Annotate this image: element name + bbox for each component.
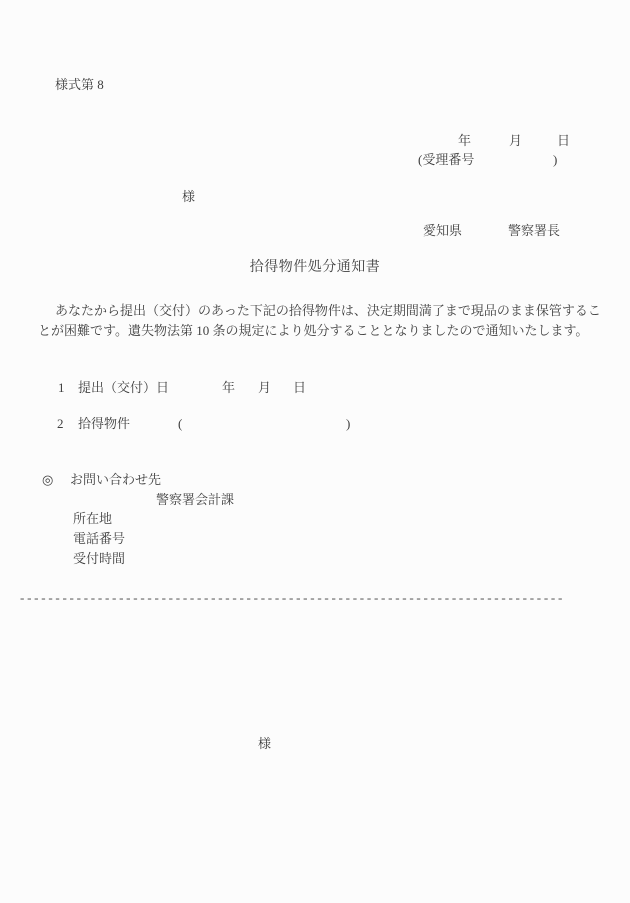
- item1-number: 1: [58, 380, 65, 396]
- contact-office: 警察署会計課: [156, 492, 234, 508]
- contact-field-hours: 受付時間: [73, 551, 125, 567]
- item2-paren-close: ): [346, 416, 350, 432]
- dashed-separator: ----------------------------------------…: [20, 590, 565, 606]
- item2-label: 拾得物件: [78, 416, 130, 432]
- addressee-honorific: 様: [182, 189, 195, 205]
- body-line-1: あなたから提出（交付）のあった下記の拾得物件は、決定期間満了まで現品のまま保管す…: [55, 303, 601, 319]
- receipt-number-close: ): [553, 152, 557, 168]
- issuer-prefecture: 愛知県: [423, 223, 462, 239]
- contact-field-address: 所在地: [73, 511, 112, 527]
- receipt-number-open: (受理番号: [418, 152, 474, 168]
- document-page: 様式第 8 年 月 日 (受理番号 ) 様 愛知県 警察署長 拾得物件処分通知書…: [0, 0, 630, 903]
- document-title: 拾得物件処分通知書: [0, 260, 630, 277]
- item1-label: 提出（交付）日: [78, 380, 169, 396]
- item1-year-label: 年: [222, 380, 235, 396]
- contact-heading: お問い合わせ先: [70, 472, 161, 488]
- issuer-office-title: 警察署長: [508, 223, 560, 239]
- item1-day-label: 日: [293, 380, 306, 396]
- date-month-label: 月: [509, 133, 522, 149]
- item2-paren-open: (: [178, 416, 182, 432]
- item2-number: 2: [57, 416, 64, 432]
- body-line-2: とが困難です。遺失物法第 10 条の規定により処分することとなりましたので通知い…: [38, 323, 588, 339]
- contact-marker: ◎: [42, 472, 53, 488]
- item1-month-label: 月: [258, 380, 271, 396]
- contact-field-phone: 電話番号: [73, 531, 125, 547]
- form-number: 様式第 8: [55, 77, 104, 93]
- date-year-label: 年: [458, 133, 471, 149]
- footer-addressee-honorific: 様: [258, 736, 271, 752]
- date-day-label: 日: [557, 133, 570, 149]
